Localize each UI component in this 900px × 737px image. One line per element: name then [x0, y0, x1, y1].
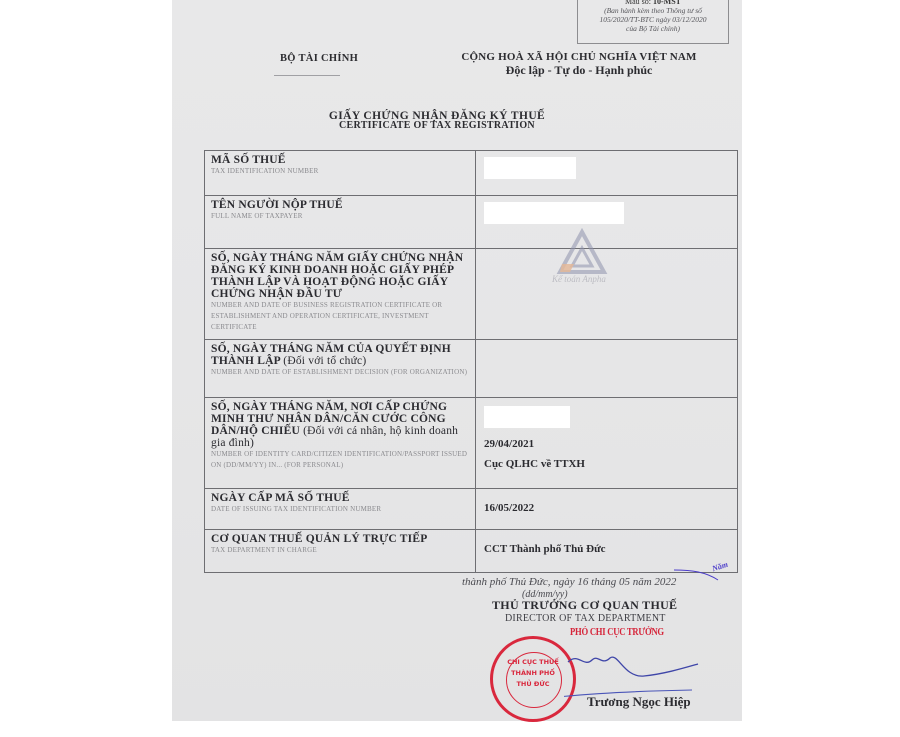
- row-label-en: TAX DEPARTMENT IN CHARGE: [211, 545, 471, 556]
- tax-department: CCT Thành phố Thủ Đức: [484, 543, 729, 555]
- table-row: CƠ QUAN THUẾ QUẢN LÝ TRỰC TIẾP TAX DEPAR…: [205, 530, 737, 573]
- row-label-vn: NGÀY CẤP MÃ SỐ THUẾ: [211, 492, 471, 504]
- ministry-underline: [274, 75, 340, 76]
- stamp-text: CHI CỤC THUẾ THÀNH PHỐ THỦ ĐỨC: [493, 657, 573, 690]
- table-row: MÃ SỐ THUẾ TAX IDENTIFICATION NUMBER: [205, 151, 737, 196]
- row-label-vn: TÊN NGƯỜI NỘP THUẾ: [211, 199, 471, 211]
- registration-table: MÃ SỐ THUẾ TAX IDENTIFICATION NUMBER TÊN…: [204, 150, 738, 573]
- stamp-line: THÀNH PHỐ: [493, 668, 573, 679]
- director-title-vn: THỦ TRƯỞNG CƠ QUAN THUẾ: [492, 598, 677, 613]
- form-note-line: 105/2020/TT-BTC ngày 03/12/2020: [578, 15, 728, 24]
- form-note-line: của Bộ Tài chính): [578, 24, 728, 33]
- national-header: CỘNG HOÀ XÃ HỘI CHỦ NGHĨA VIỆT NAM Độc l…: [434, 51, 724, 78]
- id-issue-date: 29/04/2021: [484, 438, 729, 450]
- annotation-arrow: [672, 568, 722, 582]
- form-note-line: (Ban hành kèm theo Thông tư số: [578, 6, 728, 15]
- tin-issue-date: 16/05/2022: [484, 502, 729, 514]
- director-title-en: DIRECTOR OF TAX DEPARTMENT: [505, 613, 666, 624]
- redacted-value: [484, 202, 624, 224]
- row-label-en: NUMBER AND DATE OF BUSINESS REGISTRATION…: [211, 300, 471, 333]
- redacted-value: [484, 406, 570, 428]
- row-label-en: DATE OF ISSUING TAX IDENTIFICATION NUMBE…: [211, 504, 471, 515]
- row-label-vn: SỐ, NGÀY THÁNG NĂM, NƠI CẤP CHỨNG MINH T…: [211, 401, 471, 449]
- table-row: SỐ, NGÀY THÁNG NĂM CỦA QUYẾT ĐỊNH THÀNH …: [205, 340, 737, 398]
- row-label-en: TAX IDENTIFICATION NUMBER: [211, 166, 471, 177]
- signer-name: Trương Ngọc Hiệp: [587, 694, 691, 710]
- ministry-name: BỘ TÀI CHÍNH: [280, 53, 358, 64]
- certificate-page: Mẫu số: 10-MST (Ban hành kèm theo Thông …: [172, 0, 742, 721]
- table-row: NGÀY CẤP MÃ SỐ THUẾ DATE OF ISSUING TAX …: [205, 489, 737, 530]
- redacted-value: [484, 157, 576, 179]
- form-number-box: Mẫu số: 10-MST (Ban hành kèm theo Thông …: [577, 0, 729, 44]
- deputy-title: PHÓ CHI CỤC TRƯỞNG: [570, 627, 664, 638]
- watermark: Kế toán Anpha: [552, 228, 632, 298]
- row-label-vn: SỐ, NGÀY THÁNG NĂM GIẤY CHỨNG NHẬN ĐĂNG …: [211, 252, 471, 300]
- row-label-en: NUMBER OF IDENTITY CARD/CITIZEN IDENTIFI…: [211, 449, 471, 471]
- row-label-vn: MÃ SỐ THUẾ: [211, 154, 471, 166]
- row-label-en: FULL NAME OF TAXPAYER: [211, 211, 471, 222]
- title-en: CERTIFICATE OF TAX REGISTRATION: [272, 120, 602, 131]
- row-label-note: (Đối với tổ chức): [283, 355, 366, 367]
- nation-motto: Độc lập - Tự do - Hạnh phúc: [434, 63, 724, 78]
- table-row: TÊN NGƯỜI NỘP THUẾ FULL NAME OF TAXPAYER: [205, 196, 737, 249]
- triangle-logo-icon: [552, 228, 612, 278]
- id-issue-place: Cục QLHC về TTXH: [484, 458, 729, 470]
- place-date: thành phố Thủ Đức, ngày 16 tháng 05 năm …: [462, 576, 676, 588]
- watermark-text: Kế toán Anpha: [552, 274, 642, 284]
- row-label-vn: SỐ, NGÀY THÁNG NĂM CỦA QUYẾT ĐỊNH THÀNH …: [211, 343, 471, 367]
- row-label-en: NUMBER AND DATE OF ESTABLISHMENT DECISIO…: [211, 367, 471, 378]
- stamp-line: CHI CỤC THUẾ: [493, 657, 573, 668]
- nation-name: CỘNG HOÀ XÃ HỘI CHỦ NGHĨA VIỆT NAM: [434, 51, 724, 63]
- table-row: SỐ, NGÀY THÁNG NĂM, NƠI CẤP CHỨNG MINH T…: [205, 398, 737, 489]
- stamp-line: THỦ ĐỨC: [493, 679, 573, 690]
- table-row: SỐ, NGÀY THÁNG NĂM GIẤY CHỨNG NHẬN ĐĂNG …: [205, 249, 737, 340]
- row-label-vn: CƠ QUAN THUẾ QUẢN LÝ TRỰC TIẾP: [211, 533, 471, 545]
- document-title: GIẤY CHỨNG NHẬN ĐĂNG KÝ THUẾ CERTIFICATE…: [272, 110, 602, 131]
